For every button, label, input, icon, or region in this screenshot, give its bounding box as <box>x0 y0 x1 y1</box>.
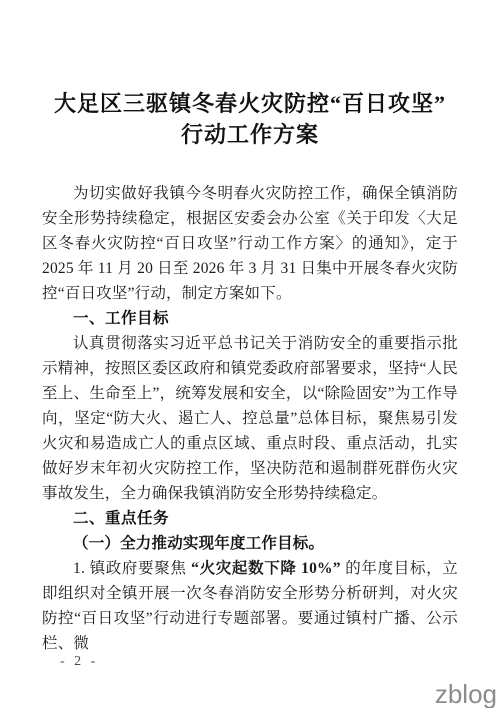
document-title-line2: 行动工作方案 <box>0 119 500 150</box>
section-2-subheading-1: （一）全力推动实现年度工作目标。 <box>42 531 458 556</box>
document-page: 大足区三驱镇冬春火灾防控“百日攻坚” 行动工作方案 为切实做好我镇今冬明春火灾防… <box>0 0 500 708</box>
document-title: 大足区三驱镇冬春火灾防控“百日攻坚” 行动工作方案 <box>0 0 500 150</box>
section-1-heading: 一、工作目标 <box>42 306 458 331</box>
intro-paragraph: 为切实做好我镇今冬明春火灾防控工作，确保全镇消防安全形势持续稳定，根据区安委会办… <box>42 181 458 306</box>
section-2-heading: 二、重点任务 <box>42 506 458 531</box>
watermark-text: zblog <box>435 680 497 708</box>
task-item-1-emphasis: “火灾起数下降 10%” <box>191 560 341 577</box>
task-item-1-text: 1. 镇政府要聚焦 <box>73 560 187 577</box>
document-title-line1: 大足区三驱镇冬春火灾防控“百日攻坚” <box>0 88 500 119</box>
task-item-1: 1. 镇政府要聚焦 “火灾起数下降 10%” 的年度目标，立即组织对全镇开展一次… <box>42 556 458 656</box>
section-1-body: 认真贯彻落实习近平总书记关于消防安全的重要指示批示精神，按照区委区政府和镇党委政… <box>42 331 458 506</box>
document-body: 为切实做好我镇今冬明春火灾防控工作，确保全镇消防安全形势持续稳定，根据区安委会办… <box>42 181 458 656</box>
page-number: - 2 - <box>60 654 98 670</box>
